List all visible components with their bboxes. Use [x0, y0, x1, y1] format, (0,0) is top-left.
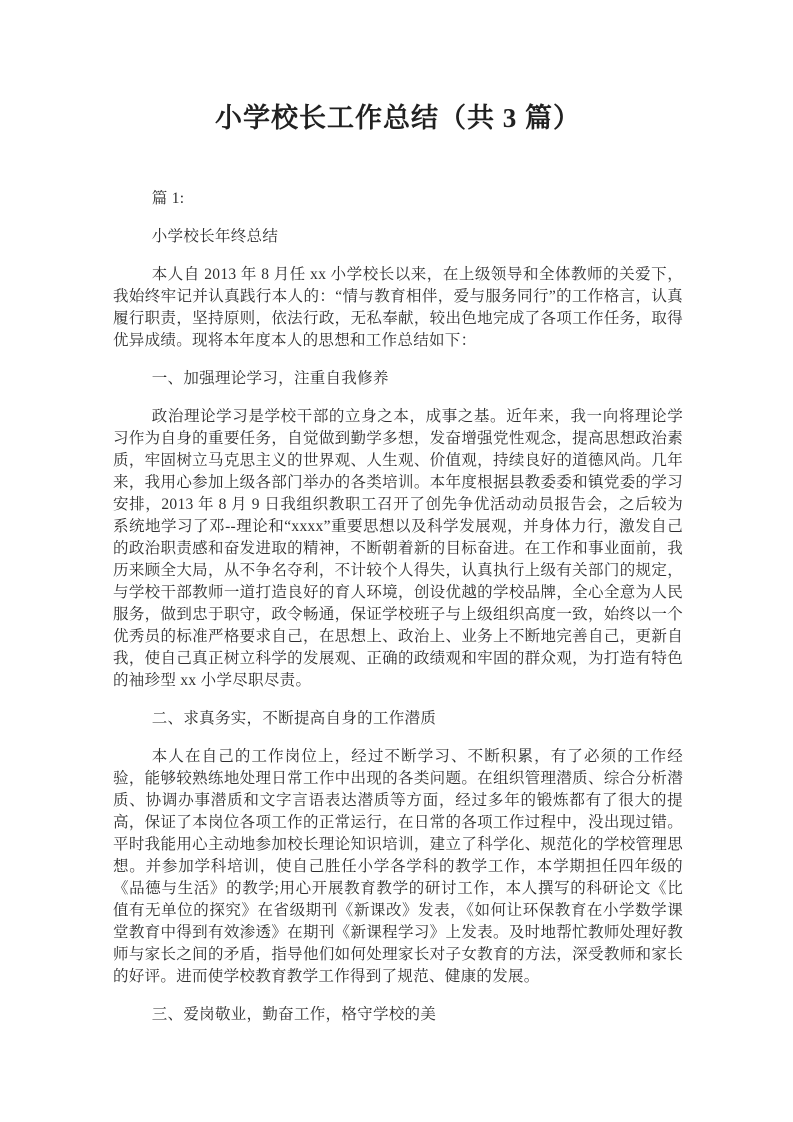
- body-paragraph: 本人在自己的工作岗位上，经过不断学习、不断积累，有了必须的工作经验，能够较熟练地…: [113, 746, 683, 988]
- document-subtitle: 小学校长年终总结: [113, 226, 683, 248]
- document-page: 小学校长工作总结（共 3 篇） 篇 1:小学校长年终总结本人自 2013 年 8…: [0, 0, 793, 1122]
- document-title: 小学校长工作总结（共 3 篇）: [113, 101, 683, 135]
- document-body: 篇 1:小学校长年终总结本人自 2013 年 8 月任 xx 小学校长以来，在上…: [113, 188, 683, 1026]
- body-paragraph: 政治理论学习是学校干部的立身之本，成事之基。近年来，我一向将理论学习作为自身的重…: [113, 406, 683, 692]
- section-heading: 一、加强理论学习，注重自我修养: [113, 368, 683, 390]
- part-label: 篇 1:: [113, 188, 683, 210]
- section-heading: 三、爱岗敬业，勤奋工作，格守学校的美: [113, 1004, 683, 1026]
- section-heading: 二、求真务实，不断提高自身的工作潜质: [113, 708, 683, 730]
- body-paragraph: 本人自 2013 年 8 月任 xx 小学校长以来，在上级领导和全体教师的关爱下…: [113, 264, 683, 352]
